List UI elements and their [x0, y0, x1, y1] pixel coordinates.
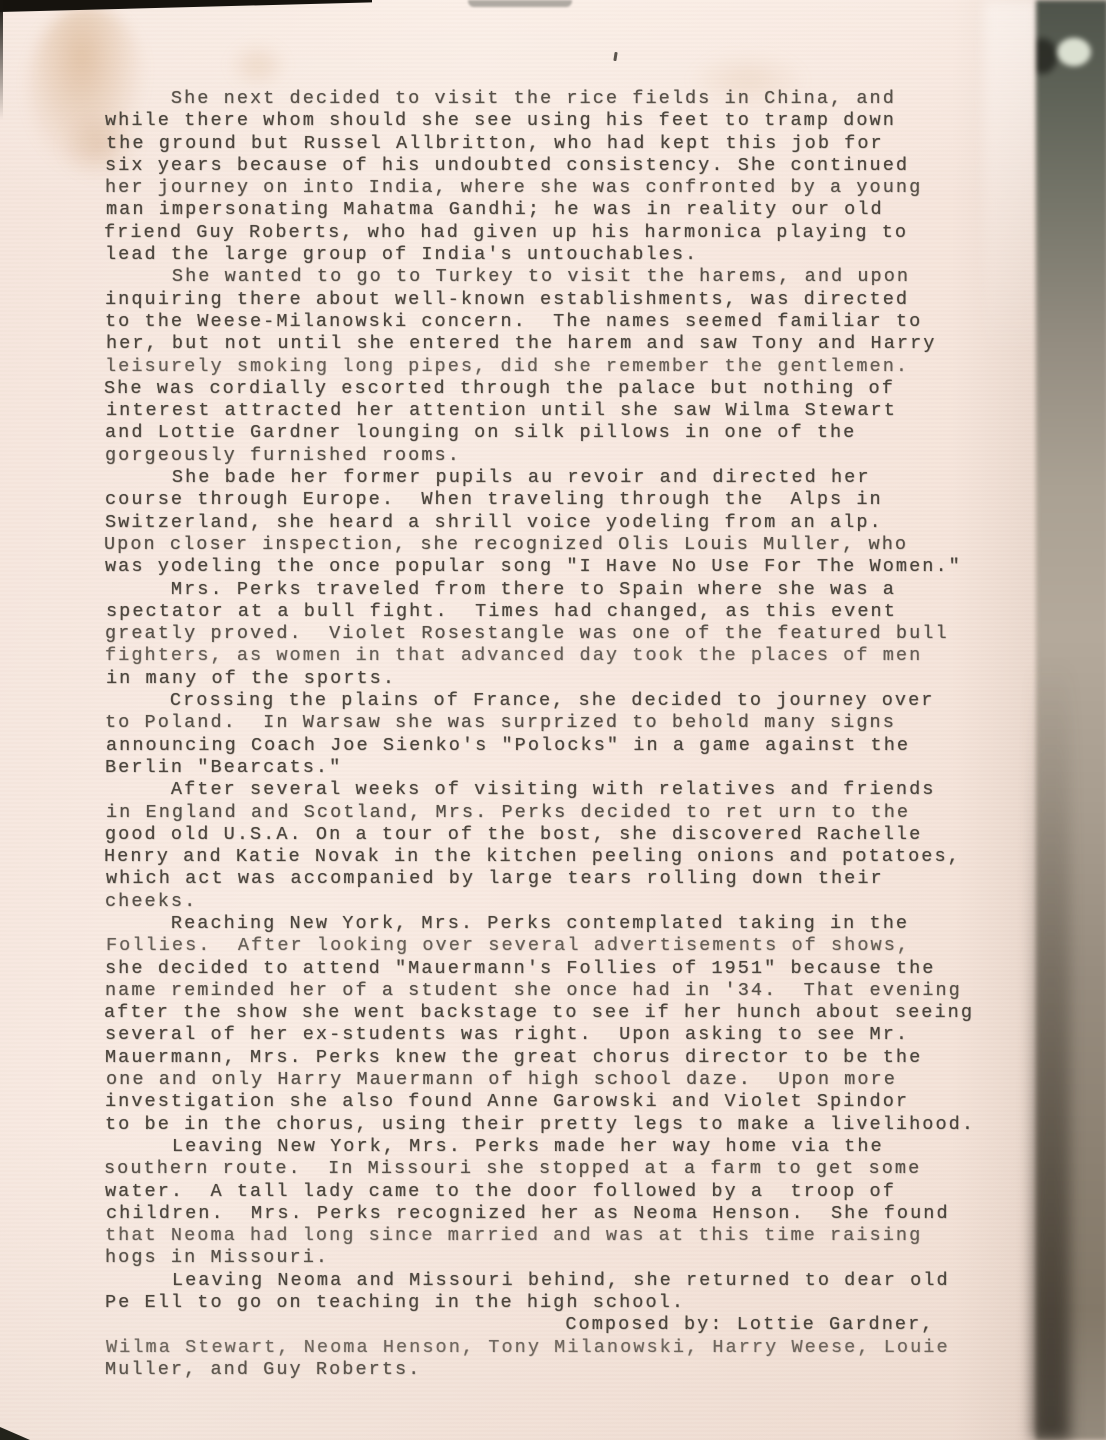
text-line: After several weeks of visiting with rel…	[105, 779, 1025, 801]
text-line: her, but not until she entered the harem…	[106, 333, 1026, 355]
text-line: which act was accompanied by large tears…	[106, 868, 1026, 890]
text-line: Mrs. Perks traveled from there to Spain …	[105, 579, 1025, 601]
text-line: six years because of his undoubted consi…	[105, 155, 1025, 177]
text-line: Composed by: Lottie Gardner,	[104, 1314, 1024, 1336]
text-line: Crossing the plains of France, she decid…	[104, 690, 1024, 712]
paper-edge-highlight	[984, 0, 1038, 360]
text-line: Wilma Stewart, Neoma Henson, Tony Milano…	[106, 1337, 1026, 1359]
text-line: gorgeously furnished rooms.	[105, 445, 1025, 467]
scan-edge-tab	[468, 0, 572, 7]
text-line: investigation she also found Anne Garows…	[105, 1091, 1025, 1113]
text-line: Switzerland, she heard a shrill voice yo…	[105, 512, 1025, 534]
text-line: Henry and Katie Novak in the kitchen pee…	[104, 846, 1024, 868]
text-line: Upon closer inspection, she recognized O…	[104, 534, 1024, 556]
text-line: hogs in Missouri.	[105, 1247, 1025, 1269]
text-line: leisurely smoking long pipes, did she re…	[105, 356, 1025, 378]
text-line: in England and Scotland, Mrs. Perks deci…	[106, 802, 1026, 824]
text-line: while there whom should she see using hi…	[105, 110, 1025, 132]
text-line: that Neoma had long since married and wa…	[105, 1225, 1025, 1247]
text-line: Mauermann, Mrs. Perks knew the great cho…	[105, 1047, 1025, 1069]
text-line: several of her ex-students was right. Up…	[105, 1024, 1025, 1046]
text-line: course through Europe. When traveling th…	[105, 489, 1025, 511]
text-line: to Poland. In Warsaw she was surprized t…	[105, 712, 1025, 734]
text-line: spectator at a bull fight. Times had cha…	[106, 601, 1026, 623]
text-line: one and only Harry Mauermann of high sch…	[106, 1069, 1026, 1091]
text-line: She was cordially escorted through the p…	[104, 378, 1024, 400]
text-line: fighters, as women in that advanced day …	[105, 645, 1025, 667]
text-line: announcing Coach Joe Sienko's "Polocks" …	[106, 735, 1026, 757]
spine-dark-streak	[1032, 660, 1070, 1440]
text-line: water. A tall lady came to the door foll…	[105, 1181, 1025, 1203]
text-line: She wanted to go to Turkey to visit the …	[106, 266, 1026, 288]
text-line: Follies. After looking over several adve…	[106, 935, 1026, 957]
text-line: to be in the chorus, using their pretty …	[105, 1114, 1025, 1136]
text-line: cheeks.	[105, 891, 1025, 913]
text-line: Berlin "Bearcats."	[105, 757, 1025, 779]
text-line: Reaching New York, Mrs. Perks contemplat…	[105, 913, 1025, 935]
text-line: She bade her former pupils au revoir and…	[106, 467, 1026, 489]
text-line: interest attracted her attention until s…	[106, 400, 1026, 422]
text-line: after the show she went backstage to see…	[104, 1002, 1024, 1024]
text-line: the ground but Russel Allbritton, who ha…	[106, 133, 1026, 155]
paper-stain	[228, 42, 288, 88]
scan-edge-left	[0, 0, 3, 120]
text-line: Pe Ell to go on teaching in the high sch…	[105, 1292, 1025, 1314]
typewritten-text: She next decided to visit the rice field…	[105, 88, 1025, 1381]
text-line: man impersonating Mahatma Gandhi; he was…	[106, 199, 1026, 221]
text-line: She next decided to visit the rice field…	[105, 88, 1025, 110]
text-line: and Lottie Gardner lounging on silk pill…	[105, 422, 1025, 444]
text-line: in many of the sports.	[106, 668, 1026, 690]
text-line: lead the large group of India's untoucha…	[105, 244, 1025, 266]
page-root: She next decided to visit the rice field…	[0, 0, 1106, 1440]
text-line: Muller, and Guy Roberts.	[105, 1359, 1025, 1381]
text-line: children. Mrs. Perks recognized her as N…	[106, 1203, 1026, 1225]
text-line: name reminded her of a student she once …	[105, 980, 1025, 1002]
text-line: good old U.S.A. On a tour of the bost, s…	[105, 824, 1025, 846]
text-line: southern route. In Missouri she stopped …	[104, 1158, 1024, 1180]
text-line: friend Guy Roberts, who had given up his…	[104, 222, 1024, 244]
text-line: inquiring there about well-known establi…	[105, 289, 1025, 311]
text-line: her journey on into India, where she was…	[105, 177, 1025, 199]
text-line: she decided to attend "Mauermann's Folli…	[105, 958, 1025, 980]
text-line: Leaving Neoma and Missouri behind, she r…	[106, 1270, 1026, 1292]
text-line: greatly proved. Violet Rosestangle was o…	[105, 623, 1025, 645]
text-line: to the Weese-Milanowski concern. The nam…	[105, 311, 1025, 333]
text-line: Leaving New York, Mrs. Perks made her wa…	[106, 1136, 1026, 1158]
text-line: was yodeling the once popular song "I Ha…	[105, 556, 1025, 578]
